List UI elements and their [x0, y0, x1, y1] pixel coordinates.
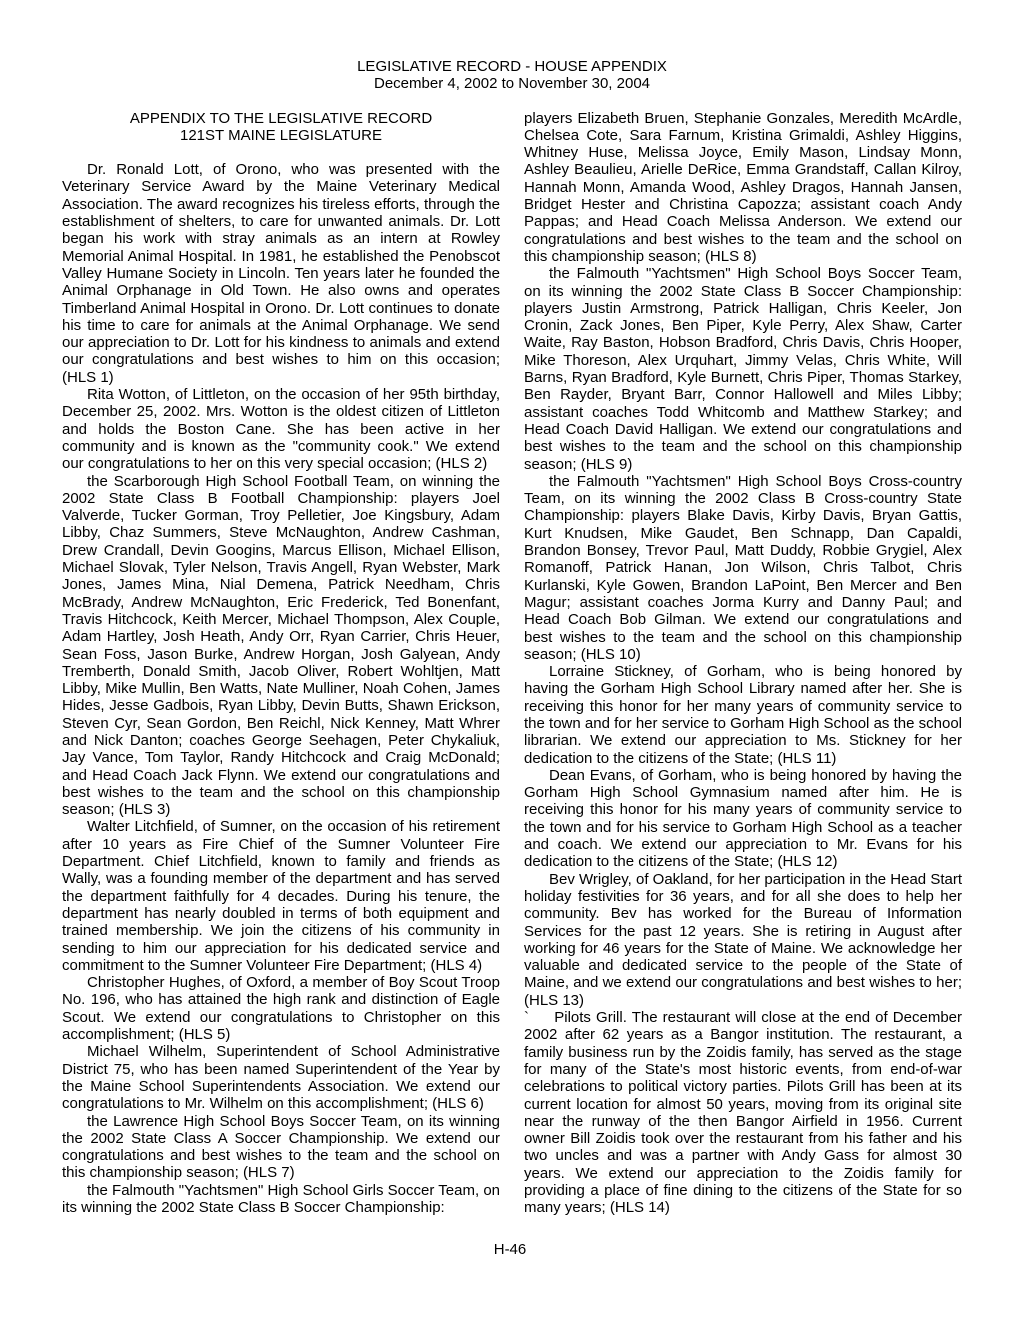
- appendix-heading: APPENDIX TO THE LEGISLATIVE RECORD 121ST…: [62, 110, 500, 145]
- document-date-range: December 4, 2002 to November 30, 2004: [62, 75, 962, 92]
- document-title: LEGISLATIVE RECORD - HOUSE APPENDIX: [62, 58, 962, 75]
- document-header: LEGISLATIVE RECORD - HOUSE APPENDIX Dece…: [62, 58, 962, 93]
- paragraph: Lorraine Stickney, of Gorham, who is bei…: [524, 663, 962, 767]
- paragraph: the Lawrence High School Boys Soccer Tea…: [62, 1113, 500, 1182]
- paragraph: the Falmouth "Yachtsmen" High School Boy…: [524, 265, 962, 473]
- paragraph: the Falmouth "Yachtsmen" High School Boy…: [524, 473, 962, 663]
- appendix-heading-line1: APPENDIX TO THE LEGISLATIVE RECORD: [62, 110, 500, 127]
- paragraph: Christopher Hughes, of Oxford, a member …: [62, 974, 500, 1043]
- page-number: H-46: [494, 1241, 527, 1258]
- two-column-body: APPENDIX TO THE LEGISLATIVE RECORD 121ST…: [62, 110, 962, 1217]
- legislative-record-page: LEGISLATIVE RECORD - HOUSE APPENDIX Dece…: [0, 0, 1020, 1320]
- right-column-paragraphs: players Elizabeth Bruen, Stephanie Gonza…: [524, 110, 962, 1217]
- paragraph: Bev Wrigley, of Oakland, for her partici…: [524, 871, 962, 1009]
- paragraph: Walter Litchfield, of Sumner, on the occ…: [62, 818, 500, 974]
- paragraph: ` Pilots Grill. The restaurant will clos…: [524, 1009, 962, 1217]
- appendix-heading-line2: 121ST MAINE LEGISLATURE: [62, 127, 500, 144]
- paragraph: Michael Wilhelm, Superintendent of Schoo…: [62, 1043, 500, 1112]
- paragraph: Dean Evans, of Gorham, who is being hono…: [524, 767, 962, 871]
- paragraph: the Scarborough High School Football Tea…: [62, 473, 500, 819]
- left-column: APPENDIX TO THE LEGISLATIVE RECORD 121ST…: [62, 110, 500, 1217]
- page-footer: H-46: [0, 1241, 1020, 1258]
- paragraph: Dr. Ronald Lott, of Orono, who was prese…: [62, 161, 500, 386]
- left-column-paragraphs: Dr. Ronald Lott, of Orono, who was prese…: [62, 161, 500, 1216]
- paragraph: Rita Wotton, of Littleton, on the occasi…: [62, 386, 500, 472]
- paragraph: players Elizabeth Bruen, Stephanie Gonza…: [524, 110, 962, 266]
- paragraph: the Falmouth "Yachtsmen" High School Gir…: [62, 1182, 500, 1217]
- right-column: players Elizabeth Bruen, Stephanie Gonza…: [524, 110, 962, 1217]
